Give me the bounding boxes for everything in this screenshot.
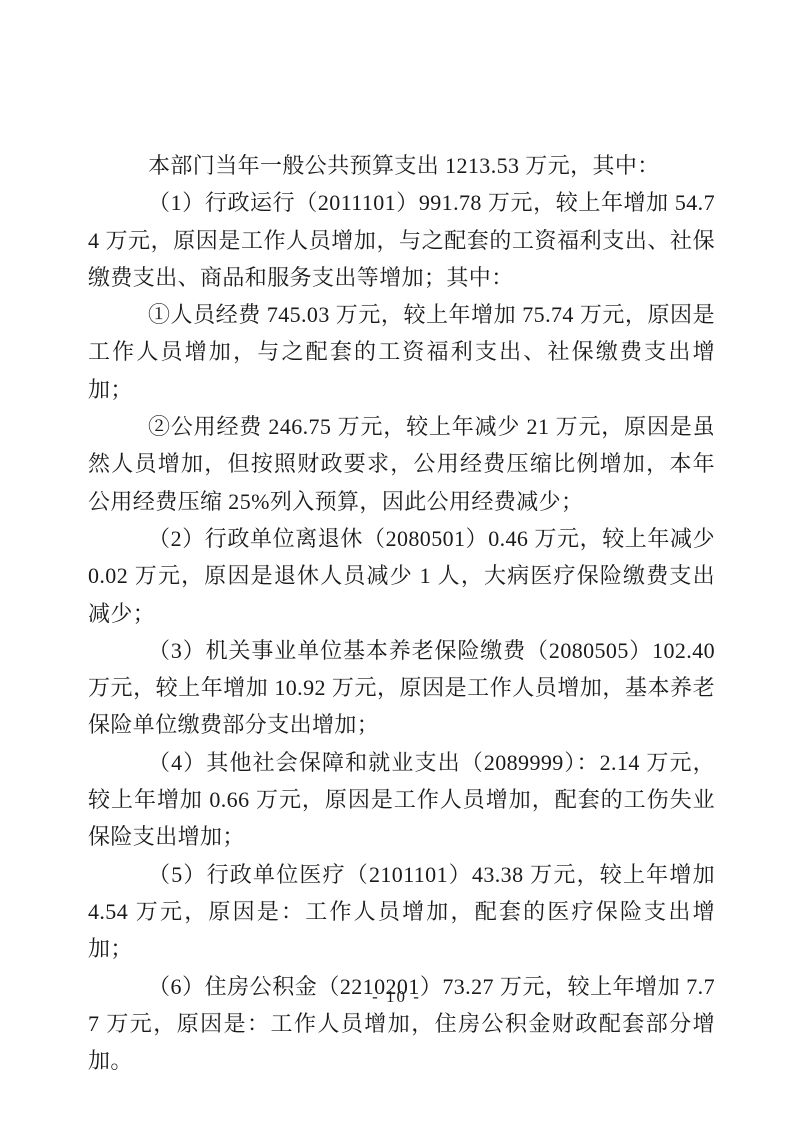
paragraph: ①人员经费 745.03 万元，较上年增加 75.74 万元，原因是工作人员增加… bbox=[88, 296, 715, 408]
paragraph: （1）行政运行（2011101）991.78 万元，较上年增加 54.74 万元… bbox=[88, 184, 715, 296]
paragraph: （3）机关事业单位基本养老保险缴费（2080505）102.40 万元，较上年增… bbox=[88, 632, 715, 744]
document-body: 本部门当年一般公共预算支出 1213.53 万元，其中：（1）行政运行（2011… bbox=[88, 147, 715, 1079]
paragraph: ②公用经费 246.75 万元，较上年减少 21 万元，原因是虽然人员增加，但按… bbox=[88, 408, 715, 520]
page-number: - 10 - bbox=[372, 987, 421, 1006]
paragraph: （6）住房公积金（2210201）73.27 万元，较上年增加 7.77 万元，… bbox=[88, 968, 715, 1080]
document-page: 本部门当年一般公共预算支出 1213.53 万元，其中：（1）行政运行（2011… bbox=[0, 0, 793, 1122]
paragraph: 本部门当年一般公共预算支出 1213.53 万元，其中： bbox=[88, 147, 715, 184]
paragraph: （5）行政单位医疗（2101101）43.38 万元，较上年增加 4.54 万元… bbox=[88, 856, 715, 968]
paragraph: （4）其他社会保障和就业支出（2089999）：2.14 万元，较上年增加 0.… bbox=[88, 744, 715, 856]
paragraph: （2）行政单位离退休（2080501）0.46 万元，较上年减少 0.02 万元… bbox=[88, 520, 715, 632]
page-footer: - 10 - bbox=[0, 986, 793, 1008]
